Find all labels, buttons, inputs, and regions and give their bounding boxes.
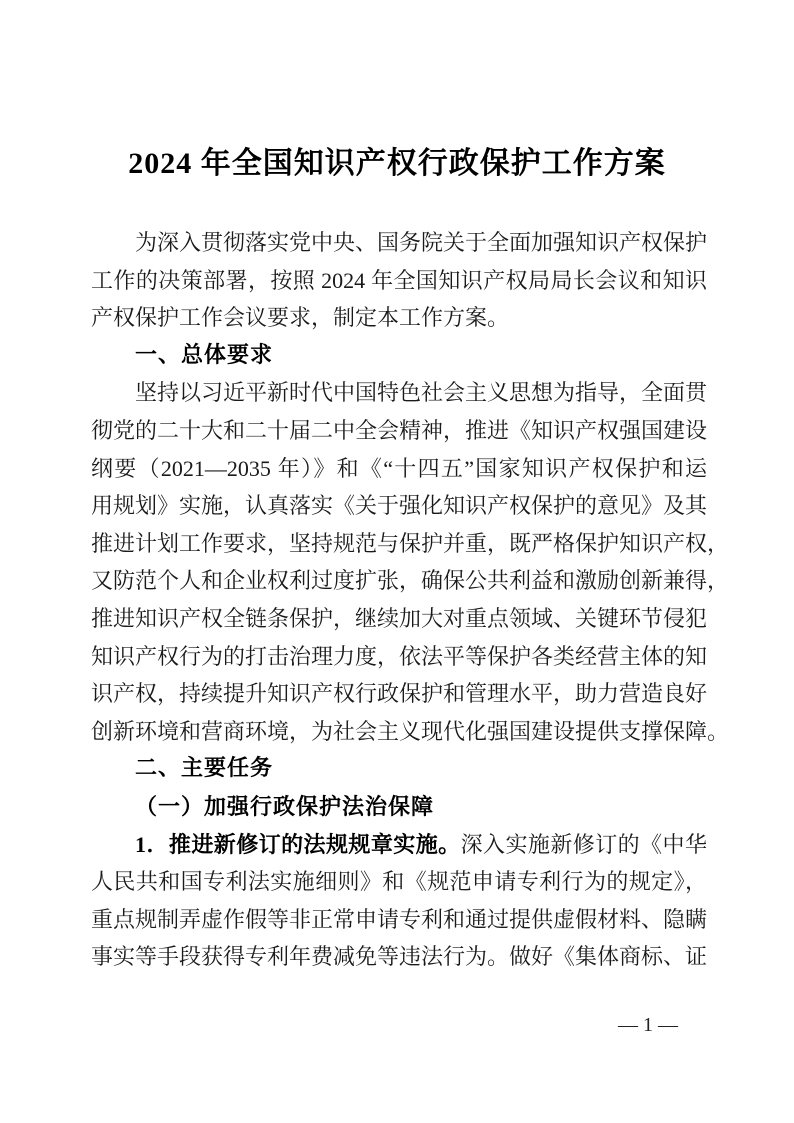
document-page: 2024 年全国知识产权行政保护工作方案 为深入贯彻落实党中央、国务院关于全面加… xyxy=(0,0,794,1123)
subsection-heading: （一）加强行政保护法治保障 xyxy=(91,788,707,826)
page-number: — 1 — xyxy=(598,1012,698,1038)
paragraph-line: 1．推进新修订的法规规章实施。深入实施新修订的《中华 xyxy=(91,826,707,864)
paragraph-line: 识产权，持续提升知识产权行政保护和管理水平，助力营造良好 xyxy=(91,675,707,713)
paragraph-line: 人民共和国专利法实施细则》和《规范申请专利行为的规定》， xyxy=(91,863,707,901)
paragraph-line: 工作的决策部署，按照 2024 年全国知识产权局局长会议和知识 xyxy=(91,262,707,300)
paragraph-line: 又防范个人和企业权利过度扩张，确保公共利益和激励创新兼得， xyxy=(91,562,707,600)
paragraph-line: 坚持以习近平新时代中国特色社会主义思想为指导，全面贯 xyxy=(91,374,707,412)
paragraph-line: 推进知识产权全链条保护，继续加大对重点领域、关键环节侵犯 xyxy=(91,600,707,638)
paragraph-line: 用规划》实施，认真落实《关于强化知识产权保护的意见》及其 xyxy=(91,487,707,525)
numbered-item-lead: 1．推进新修订的法规规章实施。 xyxy=(135,832,461,857)
paragraph-line: 创新环境和营商环境，为社会主义现代化强国建设提供支撑保障。 xyxy=(91,713,707,751)
paragraph-line: 知识产权行为的打击治理力度，依法平等保护各类经营主体的知 xyxy=(91,638,707,676)
document-title: 2024 年全国知识产权行政保护工作方案 xyxy=(0,142,794,186)
paragraph-line: 彻党的二十大和二十届二中全会精神，推进《知识产权强国建设 xyxy=(91,412,707,450)
paragraph-line: 事实等手段获得专利年费减免等违法行为。做好《集体商标、证 xyxy=(91,938,707,976)
paragraph-line: 推进计划工作要求，坚持规范与保护并重，既严格保护知识产权， xyxy=(91,525,707,563)
numbered-item-text: 深入实施新修订的《中华 xyxy=(461,832,707,857)
paragraph-line: 重点规制弄虚作假等非正常申请专利和通过提供虚假材料、隐瞒 xyxy=(91,901,707,939)
paragraph-line: 为深入贯彻落实党中央、国务院关于全面加强知识产权保护 xyxy=(91,224,707,262)
section-heading-1: 一、总体要求 xyxy=(91,337,707,375)
paragraph-line: 纲要（2021—2035 年）》和《“十四五”国家知识产权保护和运 xyxy=(91,450,707,488)
document-body: 为深入贯彻落实党中央、国务院关于全面加强知识产权保护 工作的决策部署，按照 20… xyxy=(91,224,707,976)
paragraph-line: 产权保护工作会议要求，制定本工作方案。 xyxy=(91,299,707,337)
section-heading-2: 二、主要任务 xyxy=(91,750,707,788)
